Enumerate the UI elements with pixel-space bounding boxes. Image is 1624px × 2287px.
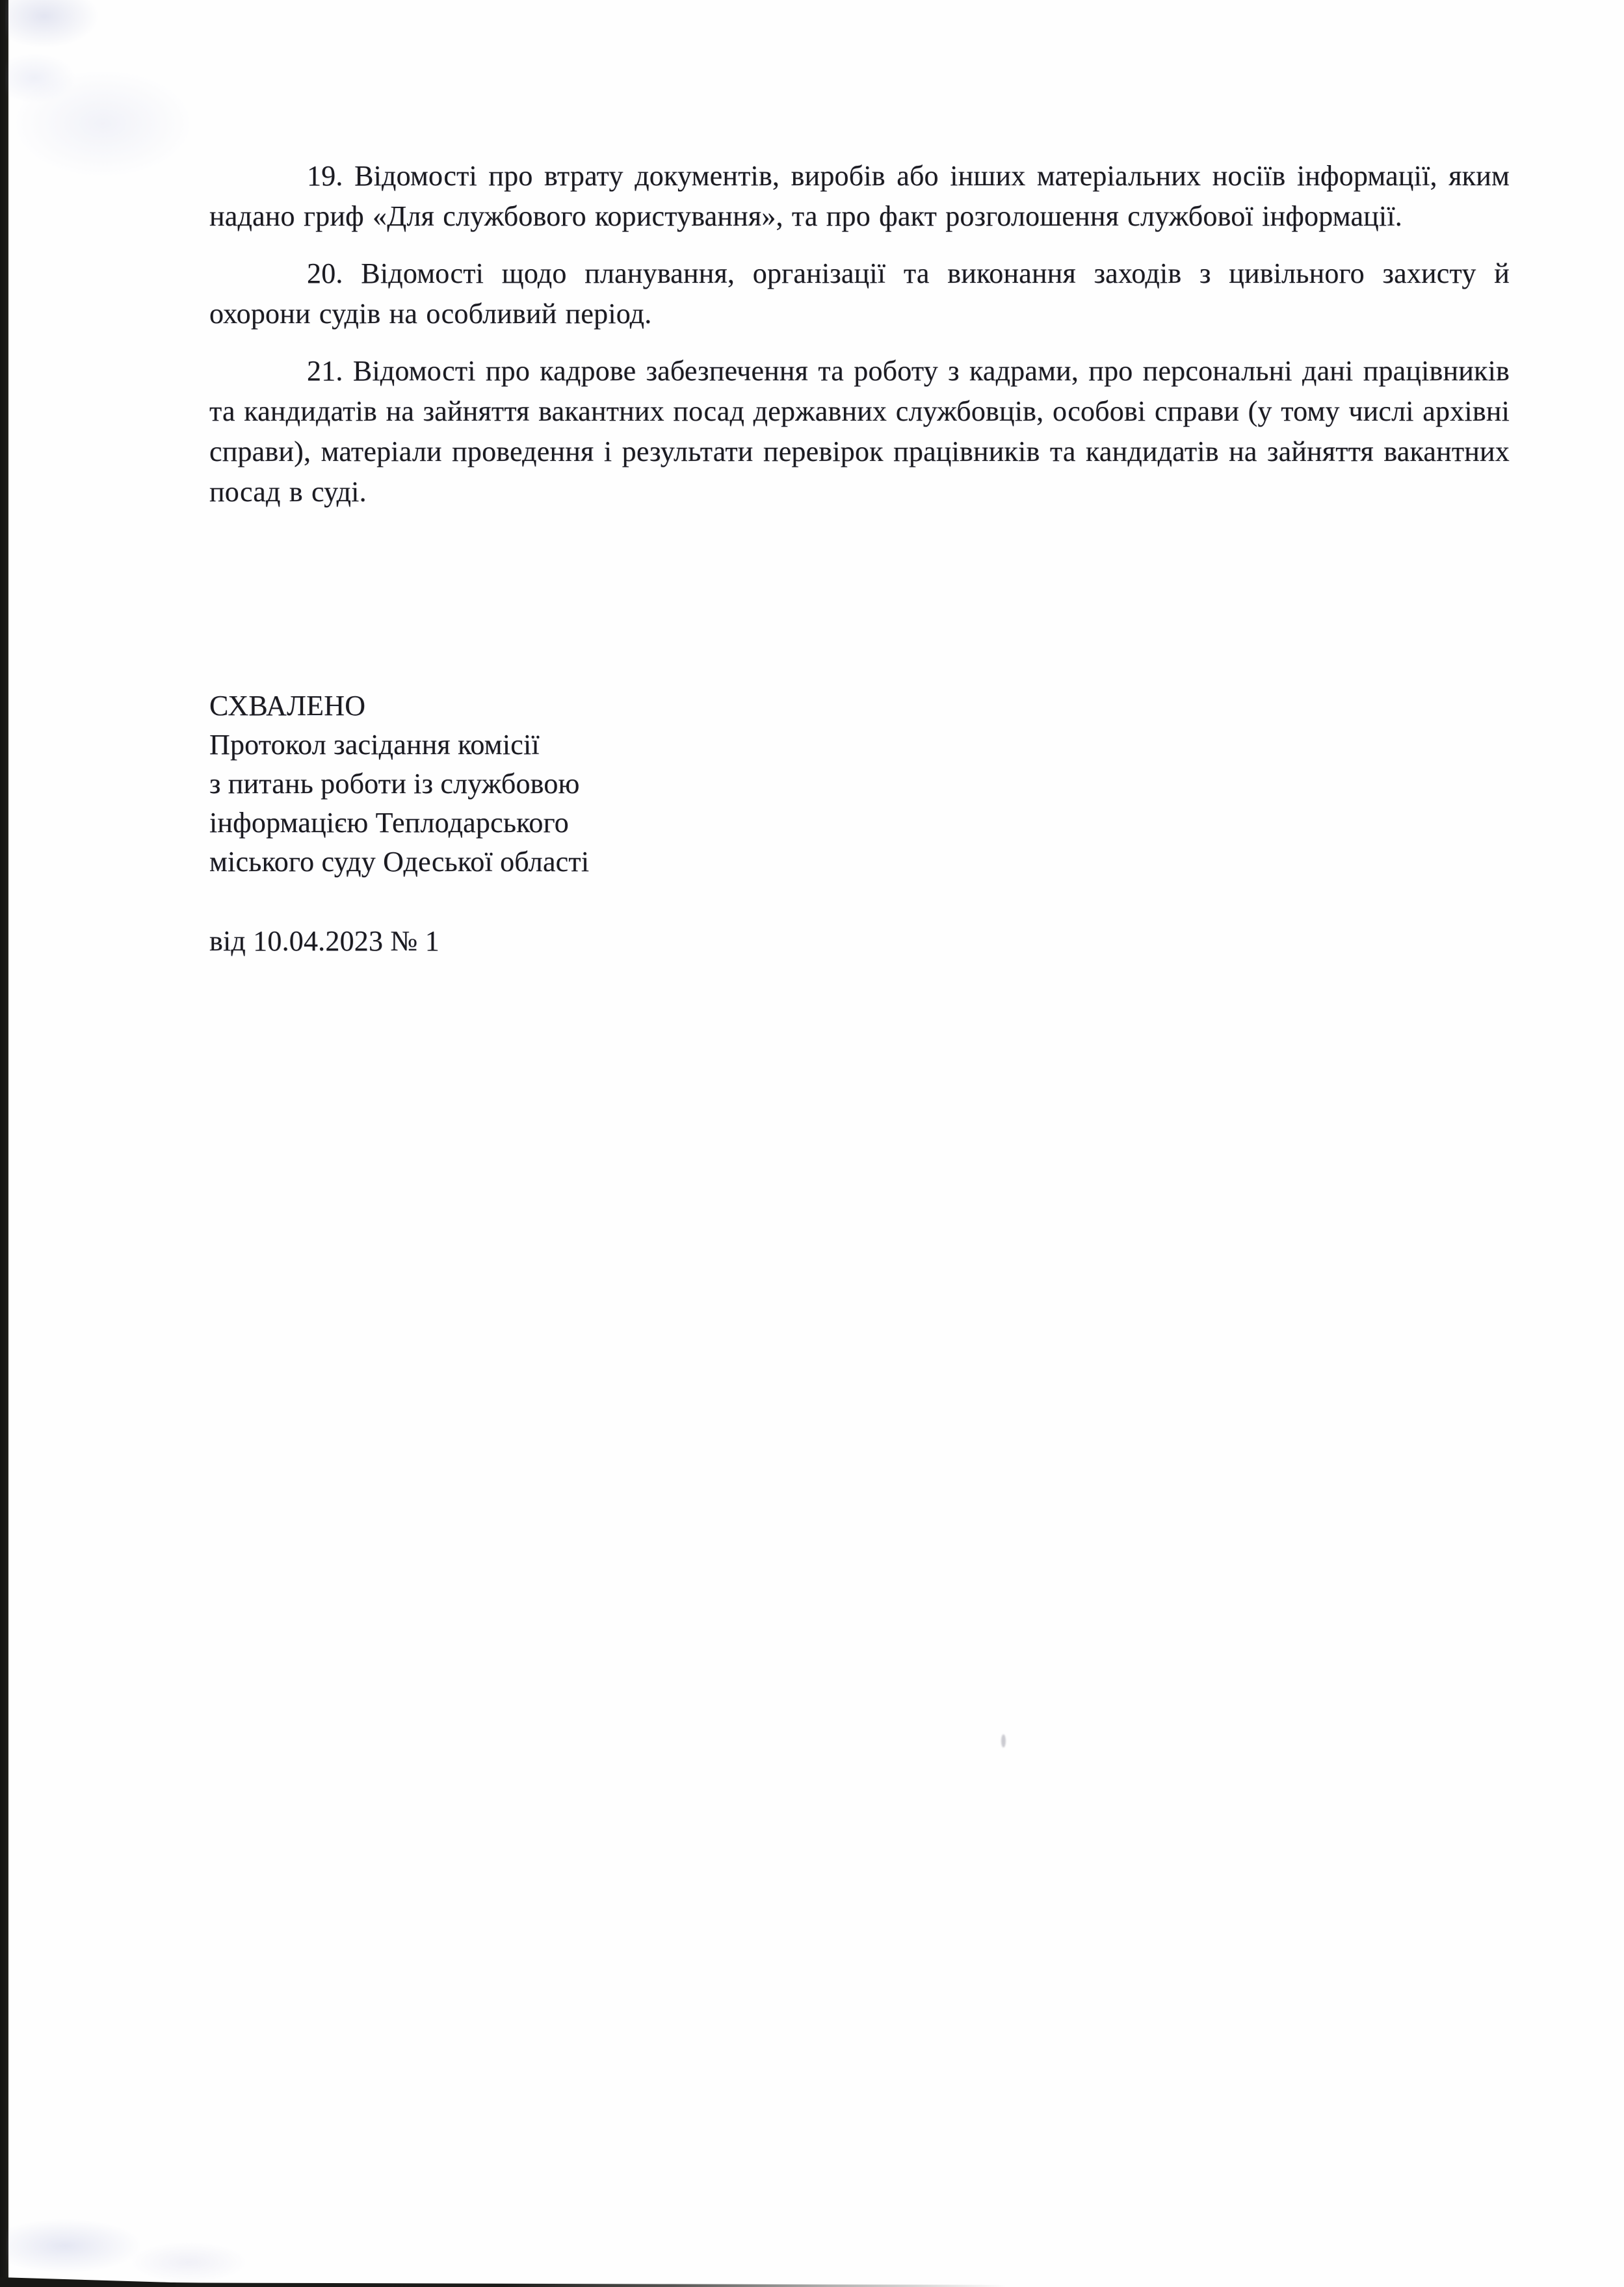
approval-date: від 10.04.2023 № 1 xyxy=(209,922,833,961)
approval-line-protocol: Протокол засідання комісії xyxy=(209,725,833,765)
paragraph-20: 20. Відомості щодо планування, організац… xyxy=(209,254,1510,334)
approval-status: СХВАЛЕНО xyxy=(209,686,833,725)
approval-block: СХВАЛЕНО Протокол засідання комісії з пи… xyxy=(209,686,833,961)
paragraph-19: 19. Відомості про втрату документів, вир… xyxy=(209,156,1510,237)
approval-line-committee: з питань роботи із службовою xyxy=(209,765,833,804)
approval-line-court-region: міського суду Одеської області xyxy=(209,843,833,882)
scanned-document-page: 19. Відомості про втрату документів, вир… xyxy=(0,0,1624,2287)
scan-smudge-artifact xyxy=(1001,1734,1006,1747)
scan-edge-left-artifact xyxy=(0,0,8,2287)
document-body: 19. Відомості про втрату документів, вир… xyxy=(209,156,1510,529)
paragraph-21: 21. Відомості про кадрове забезпечення т… xyxy=(209,351,1510,512)
approval-line-court-name: інформацією Теплодарського xyxy=(209,804,833,843)
scan-noise-bottom-left xyxy=(7,2201,286,2282)
scan-noise-top-left xyxy=(5,0,226,182)
